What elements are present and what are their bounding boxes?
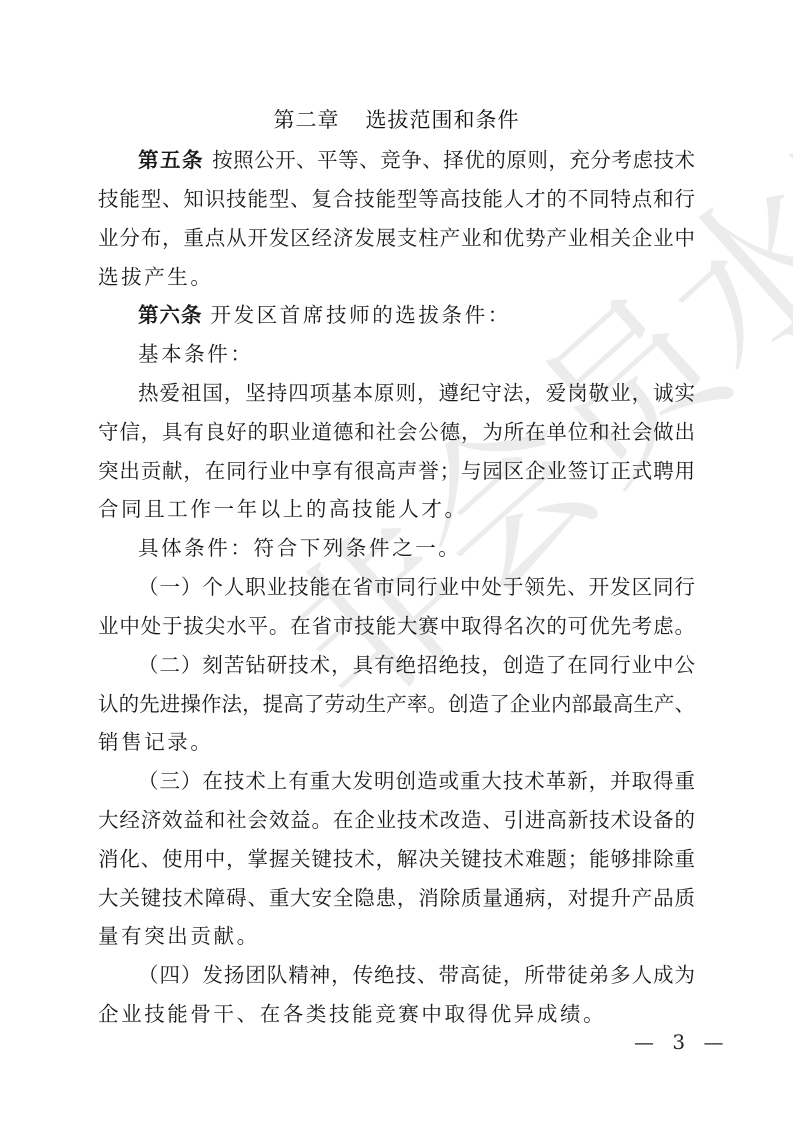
item1-line-1: （一）个人职业技能在省市同行业中处于领先、开发区同行	[138, 572, 695, 602]
article5-label: 第五条	[138, 148, 204, 172]
article5-line-3: 业分布，重点从开发区经济发展支柱产业和优势产业相关企业中	[98, 223, 695, 253]
item2-line-2: 认的先进操作法，提高了劳动生产率。创造了企业内部最高生产、	[98, 689, 695, 719]
item4-line-1: （四）发扬团队精神，传绝技、带高徒，所带徒弟多人成为	[138, 960, 695, 990]
article6-label: 第六条	[138, 303, 203, 327]
item3-line-2: 大经济效益和社会效益。在企业技术改造、引进高新技术设备的	[98, 805, 695, 835]
page-number: — 3 —	[634, 1030, 729, 1054]
article6-intro: 第六条开发区首席技师的选拔条件：	[138, 300, 695, 330]
item3-line-1: （三）在技术上有重大发明创造或重大技术革新，并取得重	[138, 766, 695, 796]
item1-line-2: 业中处于拔尖水平。在省市技能大赛中取得名次的可优先考虑。	[98, 611, 695, 641]
article5-line-4: 选拔产生。	[98, 262, 695, 292]
basic-line-2: 守信，具有良好的职业道德和社会公德，为所在单位和社会做出	[98, 417, 695, 447]
item2-line-3: 销售记录。	[98, 727, 695, 757]
item3-line-3: 消化、使用中，掌握关键技术，解决关键技术难题；能够排除重	[98, 844, 695, 874]
item3-line-5: 量有突出贡献。	[98, 921, 695, 951]
item4-line-2: 企业技能骨干、在各类技能竞赛中取得优异成绩。	[98, 999, 695, 1029]
chapter-number: 第二章	[274, 108, 340, 132]
basic-line-1: 热爱祖国，坚持四项基本原则，遵纪守法，爱岗敬业，诚实	[138, 378, 695, 408]
basic-line-4: 合同且工作一年以上的高技能人才。	[98, 494, 695, 524]
item2-line-1: （二）刻苦钻研技术，具有绝招绝技，创造了在同行业中公	[138, 650, 695, 680]
specific-conditions-heading: 具体条件：符合下列条件之一。	[138, 533, 695, 563]
basic-conditions-heading: 基本条件：	[138, 339, 695, 369]
chapter-name: 选拔范围和条件	[366, 108, 520, 132]
chapter-title: 第二章选拔范围和条件	[0, 105, 793, 135]
article5-line-1: 第五条按照公开、平等、竞争、择优的原则，充分考虑技术	[138, 145, 695, 175]
basic-line-3: 突出贡献，在同行业中享有很高声誉；与园区企业签订正式聘用	[98, 456, 695, 486]
article5-line-2: 技能型、知识技能型、复合技能型等高技能人才的不同特点和行	[98, 184, 695, 214]
item3-line-4: 大关键技术障碍、重大安全隐患，消除质量通病，对提升产品质	[98, 883, 695, 913]
